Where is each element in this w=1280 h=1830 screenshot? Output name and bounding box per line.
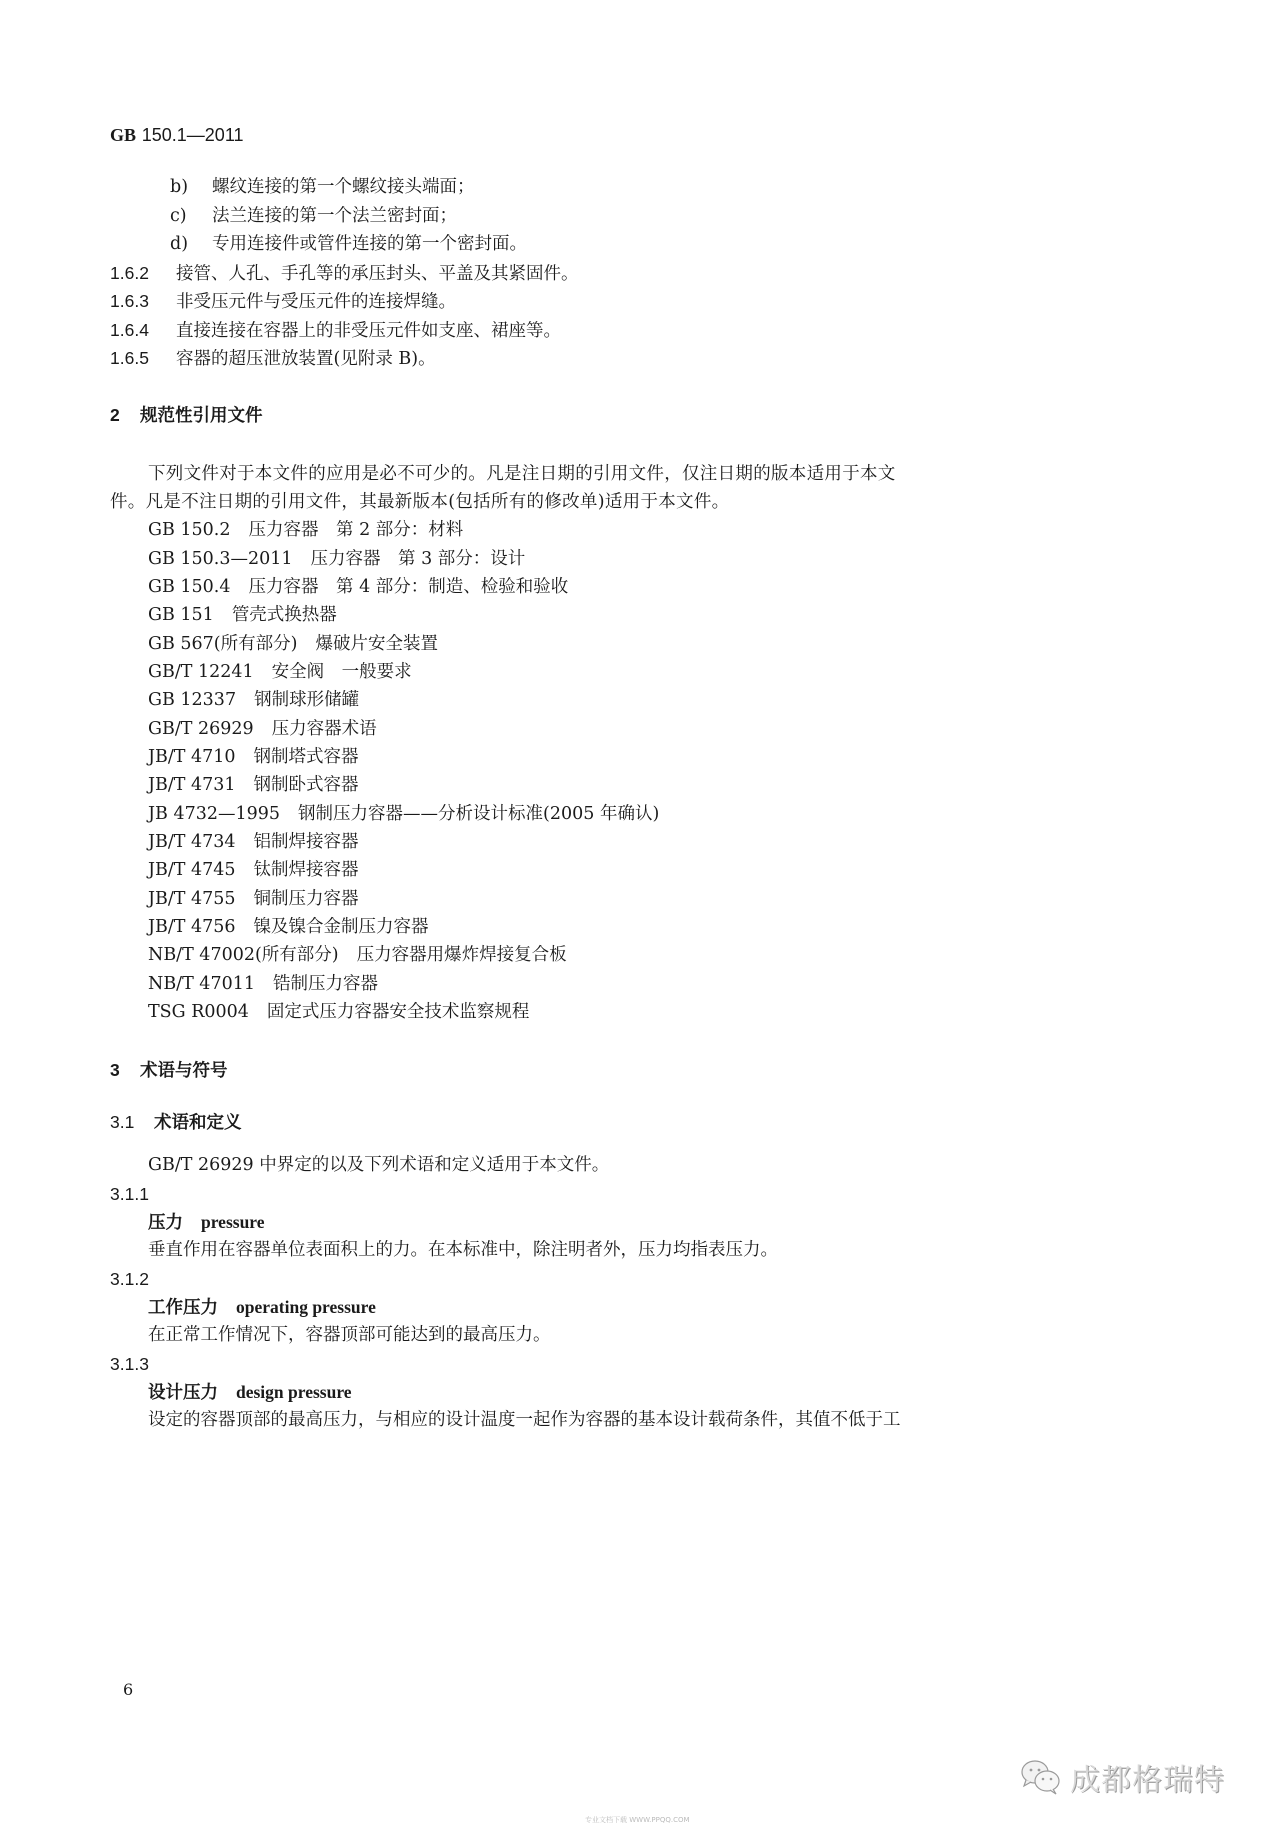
reference-title: 压力容器术语 [272,719,377,739]
reference-title: 压力容器 第 4 部分：制造、检验和验收 [249,577,569,597]
reference-item: GB/T 12241安全阀 一般要求 [148,661,412,683]
list-item-text: 法兰连接的第一个法兰密封面； [212,206,457,226]
term-en: operating pressure [236,1297,376,1317]
subsection-title: 术语和定义 [154,1112,242,1132]
reference-code: GB 151 [148,605,214,625]
reference-code: JB/T 4745 [148,860,236,880]
reference-item: JB/T 4756镍及镍合金制压力容器 [148,916,429,938]
clause: 1.6.5容器的超压泄放装置(见附录 B)。 [110,347,436,370]
clause-number: 1.6.2 [110,262,176,284]
term-number: 3.1.1 [110,1183,149,1205]
reference-title: 钢制卧式容器 [254,775,359,795]
clause-number: 1.6.3 [110,290,176,312]
list-item-label: c) [170,205,212,227]
reference-item: GB 150.4压力容器 第 4 部分：制造、检验和验收 [148,576,568,598]
clause-text: 非受压元件与受压元件的连接焊缝。 [176,292,456,312]
section-title: 规范性引用文件 [140,405,263,425]
reference-code: GB 150.3—2011 [148,549,293,569]
reference-title: 铝制焊接容器 [254,832,359,852]
term-number: 3.1.3 [110,1353,149,1375]
watermark-text: 成都格瑞特 [1070,1755,1225,1799]
reference-code: JB/T 4756 [148,917,236,937]
list-item-label: b) [170,176,212,198]
reference-title: 压力容器用爆炸焊接复合板 [357,945,567,965]
section-heading: 2规范性引用文件 [110,404,263,426]
reference-title: 压力容器 第 2 部分：材料 [249,520,464,540]
list-item-text: 专用连接件或管件连接的第一个密封面。 [212,234,527,254]
reference-code: NB/T 47011 [148,974,255,994]
reference-item: JB/T 4731钢制卧式容器 [148,774,359,796]
reference-item: JB/T 4734铝制焊接容器 [148,831,359,853]
reference-item: NB/T 47011锆制压力容器 [148,973,378,995]
reference-item: JB 4732—1995钢制压力容器——分析设计标准(2005 年确认) [148,803,659,825]
reference-item: TSG R0004固定式压力容器安全技术监察规程 [148,1001,529,1023]
term-zh: 设计压力 [148,1382,218,1402]
watermark: 成都格瑞特 [1020,1755,1225,1799]
reference-title: 铜制压力容器 [254,889,359,909]
wechat-icon [1020,1758,1062,1796]
clause: 1.6.2接管、人孔、手孔等的承压封头、平盖及其紧固件。 [110,262,579,285]
term-en: pressure [201,1212,265,1232]
section-title: 术语与符号 [140,1060,228,1080]
section-heading: 3术语与符号 [110,1059,228,1081]
clause-number: 1.6.5 [110,347,176,369]
term-definition: 在正常工作情况下，容器顶部可能达到的最高压力。 [148,1324,551,1346]
reference-title: 管壳式换热器 [232,605,337,625]
term-heading: 工作压力operating pressure [148,1296,376,1319]
list-item-label: d) [170,233,212,255]
list-item: b)螺纹连接的第一个螺纹接头端面； [170,176,475,198]
reference-code: GB/T 26929 [148,719,254,739]
reference-code: NB/T 47002(所有部分) [148,945,339,965]
reference-code: GB 150.4 [148,577,231,597]
reference-item: GB 151管壳式换热器 [148,604,337,626]
reference-title: 锆制压力容器 [273,974,378,994]
term-zh: 压力 [148,1212,183,1232]
term-number: 3.1.2 [110,1268,149,1290]
reference-title: 镍及镍合金制压力容器 [254,917,429,937]
term-heading: 设计压力design pressure [148,1381,352,1404]
term-definition: 设定的容器顶部的最高压力，与相应的设计温度一起作为容器的基本设计载荷条件，其值不… [148,1409,901,1431]
term-definition: 垂直作用在容器单位表面积上的力。在本标准中，除注明者外，压力均指表压力。 [148,1239,778,1261]
reference-title: 压力容器 第 3 部分：设计 [311,549,526,569]
clause-text: 容器的超压泄放装置(见附录 B)。 [176,349,436,369]
subsection-heading: 3.1术语和定义 [110,1111,242,1133]
reference-code: JB 4732—1995 [148,804,280,824]
reference-code: GB 12337 [148,690,236,710]
reference-code: JB/T 4734 [148,832,236,852]
reference-item: JB/T 4755铜制压力容器 [148,888,359,910]
section-number: 2 [110,404,140,426]
clause-text: 直接连接在容器上的非受压元件如支座、裙座等。 [176,321,561,341]
clause-number: 1.6.4 [110,319,176,341]
subsection-number: 3.1 [110,1111,154,1133]
reference-code: GB/T 12241 [148,662,254,682]
reference-code: GB 150.2 [148,520,231,540]
clause: 1.6.3非受压元件与受压元件的连接焊缝。 [110,290,456,313]
section-number: 3 [110,1059,140,1081]
reference-title: 钢制球形储罐 [254,690,359,710]
reference-title: 安全阀 一般要求 [272,662,412,682]
reference-code: JB/T 4710 [148,747,236,767]
reference-item: GB 150.3—2011压力容器 第 3 部分：设计 [148,548,525,570]
reference-code: JB/T 4755 [148,889,236,909]
reference-title: 钛制焊接容器 [254,860,359,880]
reference-item: JB/T 4745钛制焊接容器 [148,859,359,881]
terms-intro: GB/T 26929 中界定的以及下列术语和定义适用于本文件。 [148,1154,609,1176]
term-heading: 压力pressure [148,1211,265,1234]
header-code: 150.1—2011 [142,125,244,145]
header-prefix: GB [110,125,136,145]
reference-code: GB 567(所有部分) [148,634,297,654]
clause: 1.6.4直接连接在容器上的非受压元件如支座、裙座等。 [110,319,561,342]
document-header: GB 150.1—2011 [110,124,244,147]
reference-title: 钢制压力容器——分析设计标准(2005 年确认) [298,804,659,824]
intro-paragraph-line: 下列文件对于本文件的应用是必不可少的。凡是注日期的引用文件，仅注日期的版本适用于… [148,463,896,485]
reference-item: GB 150.2压力容器 第 2 部分：材料 [148,519,463,541]
reference-item: GB 567(所有部分)爆破片安全装置 [148,633,438,655]
page-number: 6 [123,1680,133,1699]
clause-text: 接管、人孔、手孔等的承压封头、平盖及其紧固件。 [176,264,579,284]
reference-title: 钢制塔式容器 [254,747,359,767]
term-en: design pressure [236,1382,352,1402]
reference-code: JB/T 4731 [148,775,236,795]
list-item: c)法兰连接的第一个法兰密封面； [170,205,457,227]
intro-paragraph-line: 件。凡是不注日期的引用文件，其最新版本(包括所有的修改单)适用于本文件。 [110,491,729,513]
list-item: d)专用连接件或管件连接的第一个密封面。 [170,233,527,255]
footer-tiny-text: 专业文档下载 WWW.PPQQ.COM [585,1815,690,1825]
reference-item: NB/T 47002(所有部分)压力容器用爆炸焊接复合板 [148,944,567,966]
reference-item: GB 12337钢制球形储罐 [148,689,359,711]
list-item-text: 螺纹连接的第一个螺纹接头端面； [212,177,475,197]
term-zh: 工作压力 [148,1297,218,1317]
reference-code: TSG R0004 [148,1002,249,1022]
reference-item: GB/T 26929压力容器术语 [148,718,377,740]
reference-title: 固定式压力容器安全技术监察规程 [267,1002,530,1022]
reference-title: 爆破片安全装置 [315,634,438,654]
reference-item: JB/T 4710钢制塔式容器 [148,746,359,768]
